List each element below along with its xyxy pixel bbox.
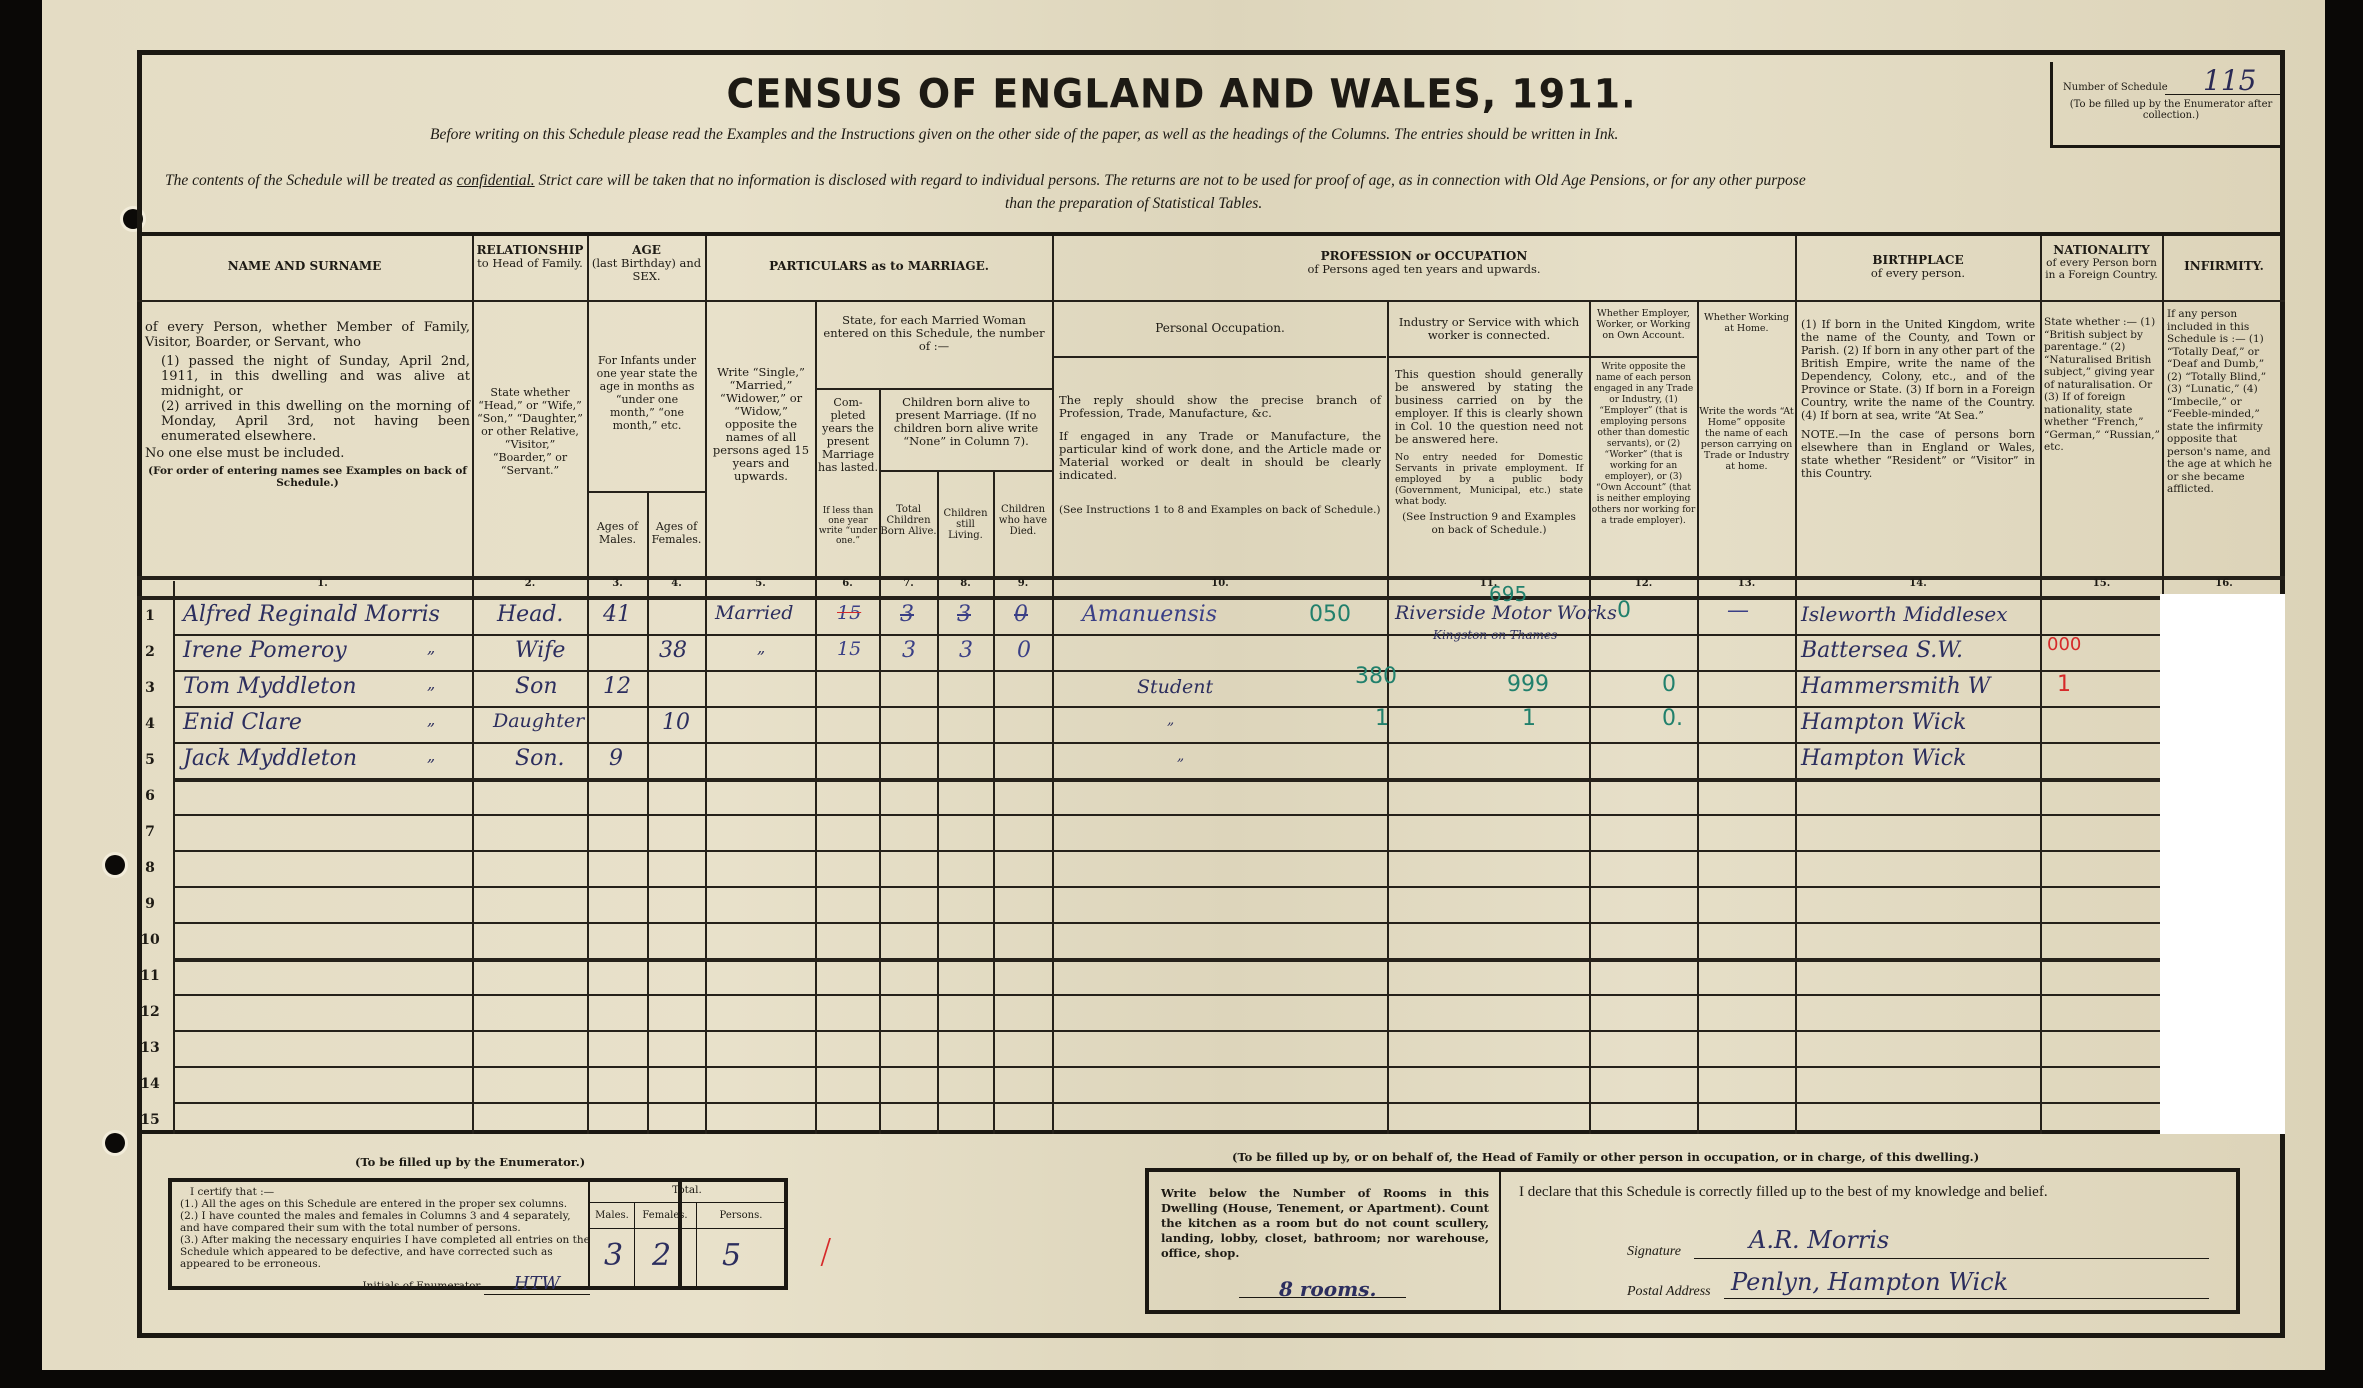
instruction-line: Before writing on this Schedule please r… <box>430 126 1618 144</box>
col-header-nationality: NATIONALITYof every Person born in a For… <box>2041 244 2162 281</box>
check-mark: / <box>820 1232 831 1272</box>
head-of-family-box: Write below the Number of Rooms in this … <box>1145 1168 2240 1314</box>
col-header-infirmity: INFIRMITY. <box>2163 260 2285 273</box>
rooms-instruction: Write below the Number of Rooms in this … <box>1149 1172 1501 1310</box>
enumerator-caption: (To be filled up by the Enumerator.) <box>355 1155 585 1169</box>
punch-hole <box>105 855 125 875</box>
schedule-number-value[interactable]: 115 <box>2203 64 2256 97</box>
confidential-line: The contents of the Schedule will be tre… <box>165 172 1806 190</box>
totals-box: Total. Males. Females. Persons. 3 2 5 <box>588 1178 788 1290</box>
col-header-name: NAME AND SURNAME <box>228 259 382 273</box>
total-females[interactable]: 2 <box>652 1238 671 1273</box>
rooms-value[interactable]: 8 rooms. <box>1239 1282 1406 1298</box>
confidential-line-2: than the preparation of Statistical Tabl… <box>1005 195 1262 213</box>
col-header-marriage: PARTICULARS as to MARRIAGE. <box>706 260 1052 273</box>
col-header-birthplace: BIRTHPLACEof every person. <box>1796 254 2040 280</box>
signature-field[interactable]: A.R. Morris <box>1749 1226 1889 1254</box>
page-title: CENSUS OF ENGLAND AND WALES, 1911. <box>0 71 2363 117</box>
census-table: NAME AND SURNAME of every Person, whethe… <box>137 232 2285 1134</box>
schedule-number-box: Number of Schedule 115 (To be filled up … <box>2050 62 2285 148</box>
redacted-infirmity-column <box>2160 594 2285 1134</box>
postal-address-field[interactable]: Penlyn, Hampton Wick <box>1731 1268 2008 1296</box>
declaration-text: I declare that this Schedule is correctl… <box>1519 1184 2048 1201</box>
col-header-occupation: PROFESSION or OCCUPATIONof Persons aged … <box>1053 250 1795 276</box>
enumerator-initials[interactable]: HTW <box>484 1273 590 1295</box>
punch-hole <box>105 1133 125 1153</box>
head-of-family-caption: (To be filled up by, or on behalf of, th… <box>1232 1150 1979 1164</box>
total-males[interactable]: 3 <box>604 1238 623 1273</box>
col-header-relationship: RELATIONSHIPto Head of Family. <box>473 244 587 270</box>
total-persons[interactable]: 5 <box>722 1238 741 1273</box>
col-header-age: AGE(last Birthday) and SEX. <box>588 244 705 283</box>
